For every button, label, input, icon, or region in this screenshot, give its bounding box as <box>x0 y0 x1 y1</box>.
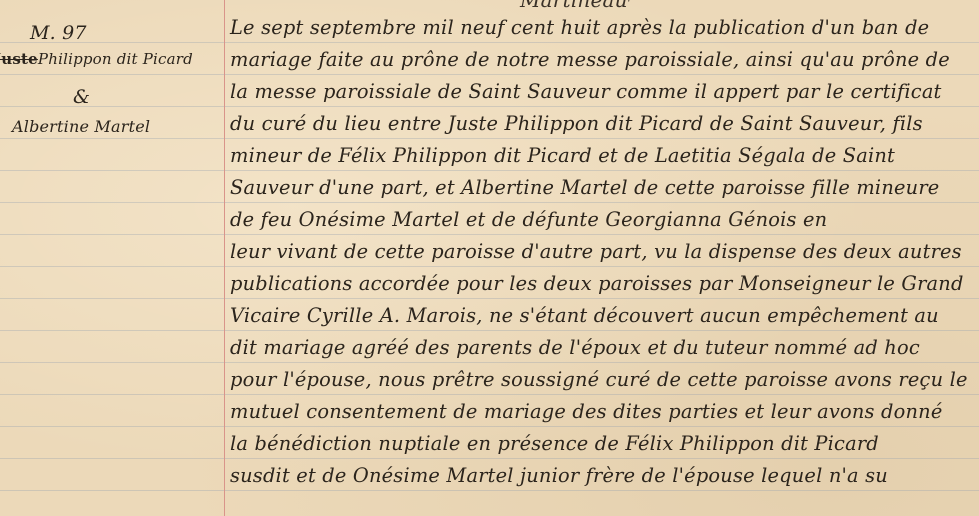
ruled-line <box>0 266 979 267</box>
margin-groom-name: JustePhilippon dit Picard <box>0 50 193 68</box>
body-line-14: la bénédiction nuptiale en présence de F… <box>230 432 970 455</box>
heading-suffix: p.tre <box>628 0 653 2</box>
margin-bride-name: Albertine Martel <box>12 117 150 136</box>
record-number: M. 97 <box>30 22 87 44</box>
page-heading: Martineaup.tre <box>520 0 653 12</box>
ruled-line <box>0 458 979 459</box>
groom-surname: Philippon dit Picard <box>38 50 193 68</box>
body-line-5: mineur de Félix Philippon dit Picard et … <box>230 144 970 167</box>
ruled-line <box>0 362 979 363</box>
margin-rule <box>224 0 225 516</box>
groom-first-name: Juste <box>0 50 38 68</box>
ruled-line <box>0 330 979 331</box>
body-line-1: Le sept septembre mil neuf cent huit apr… <box>230 16 970 39</box>
ruled-line <box>0 74 979 75</box>
body-line-7: de feu Onésime Martel et de défunte Geor… <box>230 208 970 231</box>
body-line-12: pour l'épouse, nous prêtre soussigné cur… <box>230 368 970 391</box>
body-line-2: mariage faite au prône de notre messe pa… <box>230 48 970 71</box>
register-page: Martineaup.tre M. 97 JustePhilippon dit … <box>0 0 979 516</box>
body-line-6: Sauveur d'une part, et Albertine Martel … <box>230 176 970 199</box>
ruled-line <box>0 106 979 107</box>
body-line-10: Vicaire Cyrille A. Marois, ne s'étant dé… <box>230 304 970 327</box>
ruled-line <box>0 426 979 427</box>
body-line-8: leur vivant de cette paroisse d'autre pa… <box>230 240 970 263</box>
body-line-15: susdit et de Onésime Martel junior frère… <box>230 464 970 487</box>
ruled-line <box>0 234 979 235</box>
body-line-4: du curé du lieu entre Juste Philippon di… <box>230 112 970 135</box>
ruled-line <box>0 138 979 139</box>
body-line-11: dit mariage agréé des parents de l'époux… <box>230 336 970 359</box>
ruled-line <box>0 394 979 395</box>
ruled-line <box>0 298 979 299</box>
body-line-9: publications accordée pour les deux paro… <box>230 272 970 295</box>
margin-conjunction: & <box>73 86 90 108</box>
heading-text: Martineau <box>520 0 628 12</box>
ruled-line <box>0 42 979 43</box>
ruled-line <box>0 170 979 171</box>
ruled-line <box>0 490 979 491</box>
body-line-3: la messe paroissiale de Saint Sauveur co… <box>230 80 970 103</box>
ruled-line <box>0 202 979 203</box>
body-line-13: mutuel consentement de mariage des dites… <box>230 400 970 423</box>
